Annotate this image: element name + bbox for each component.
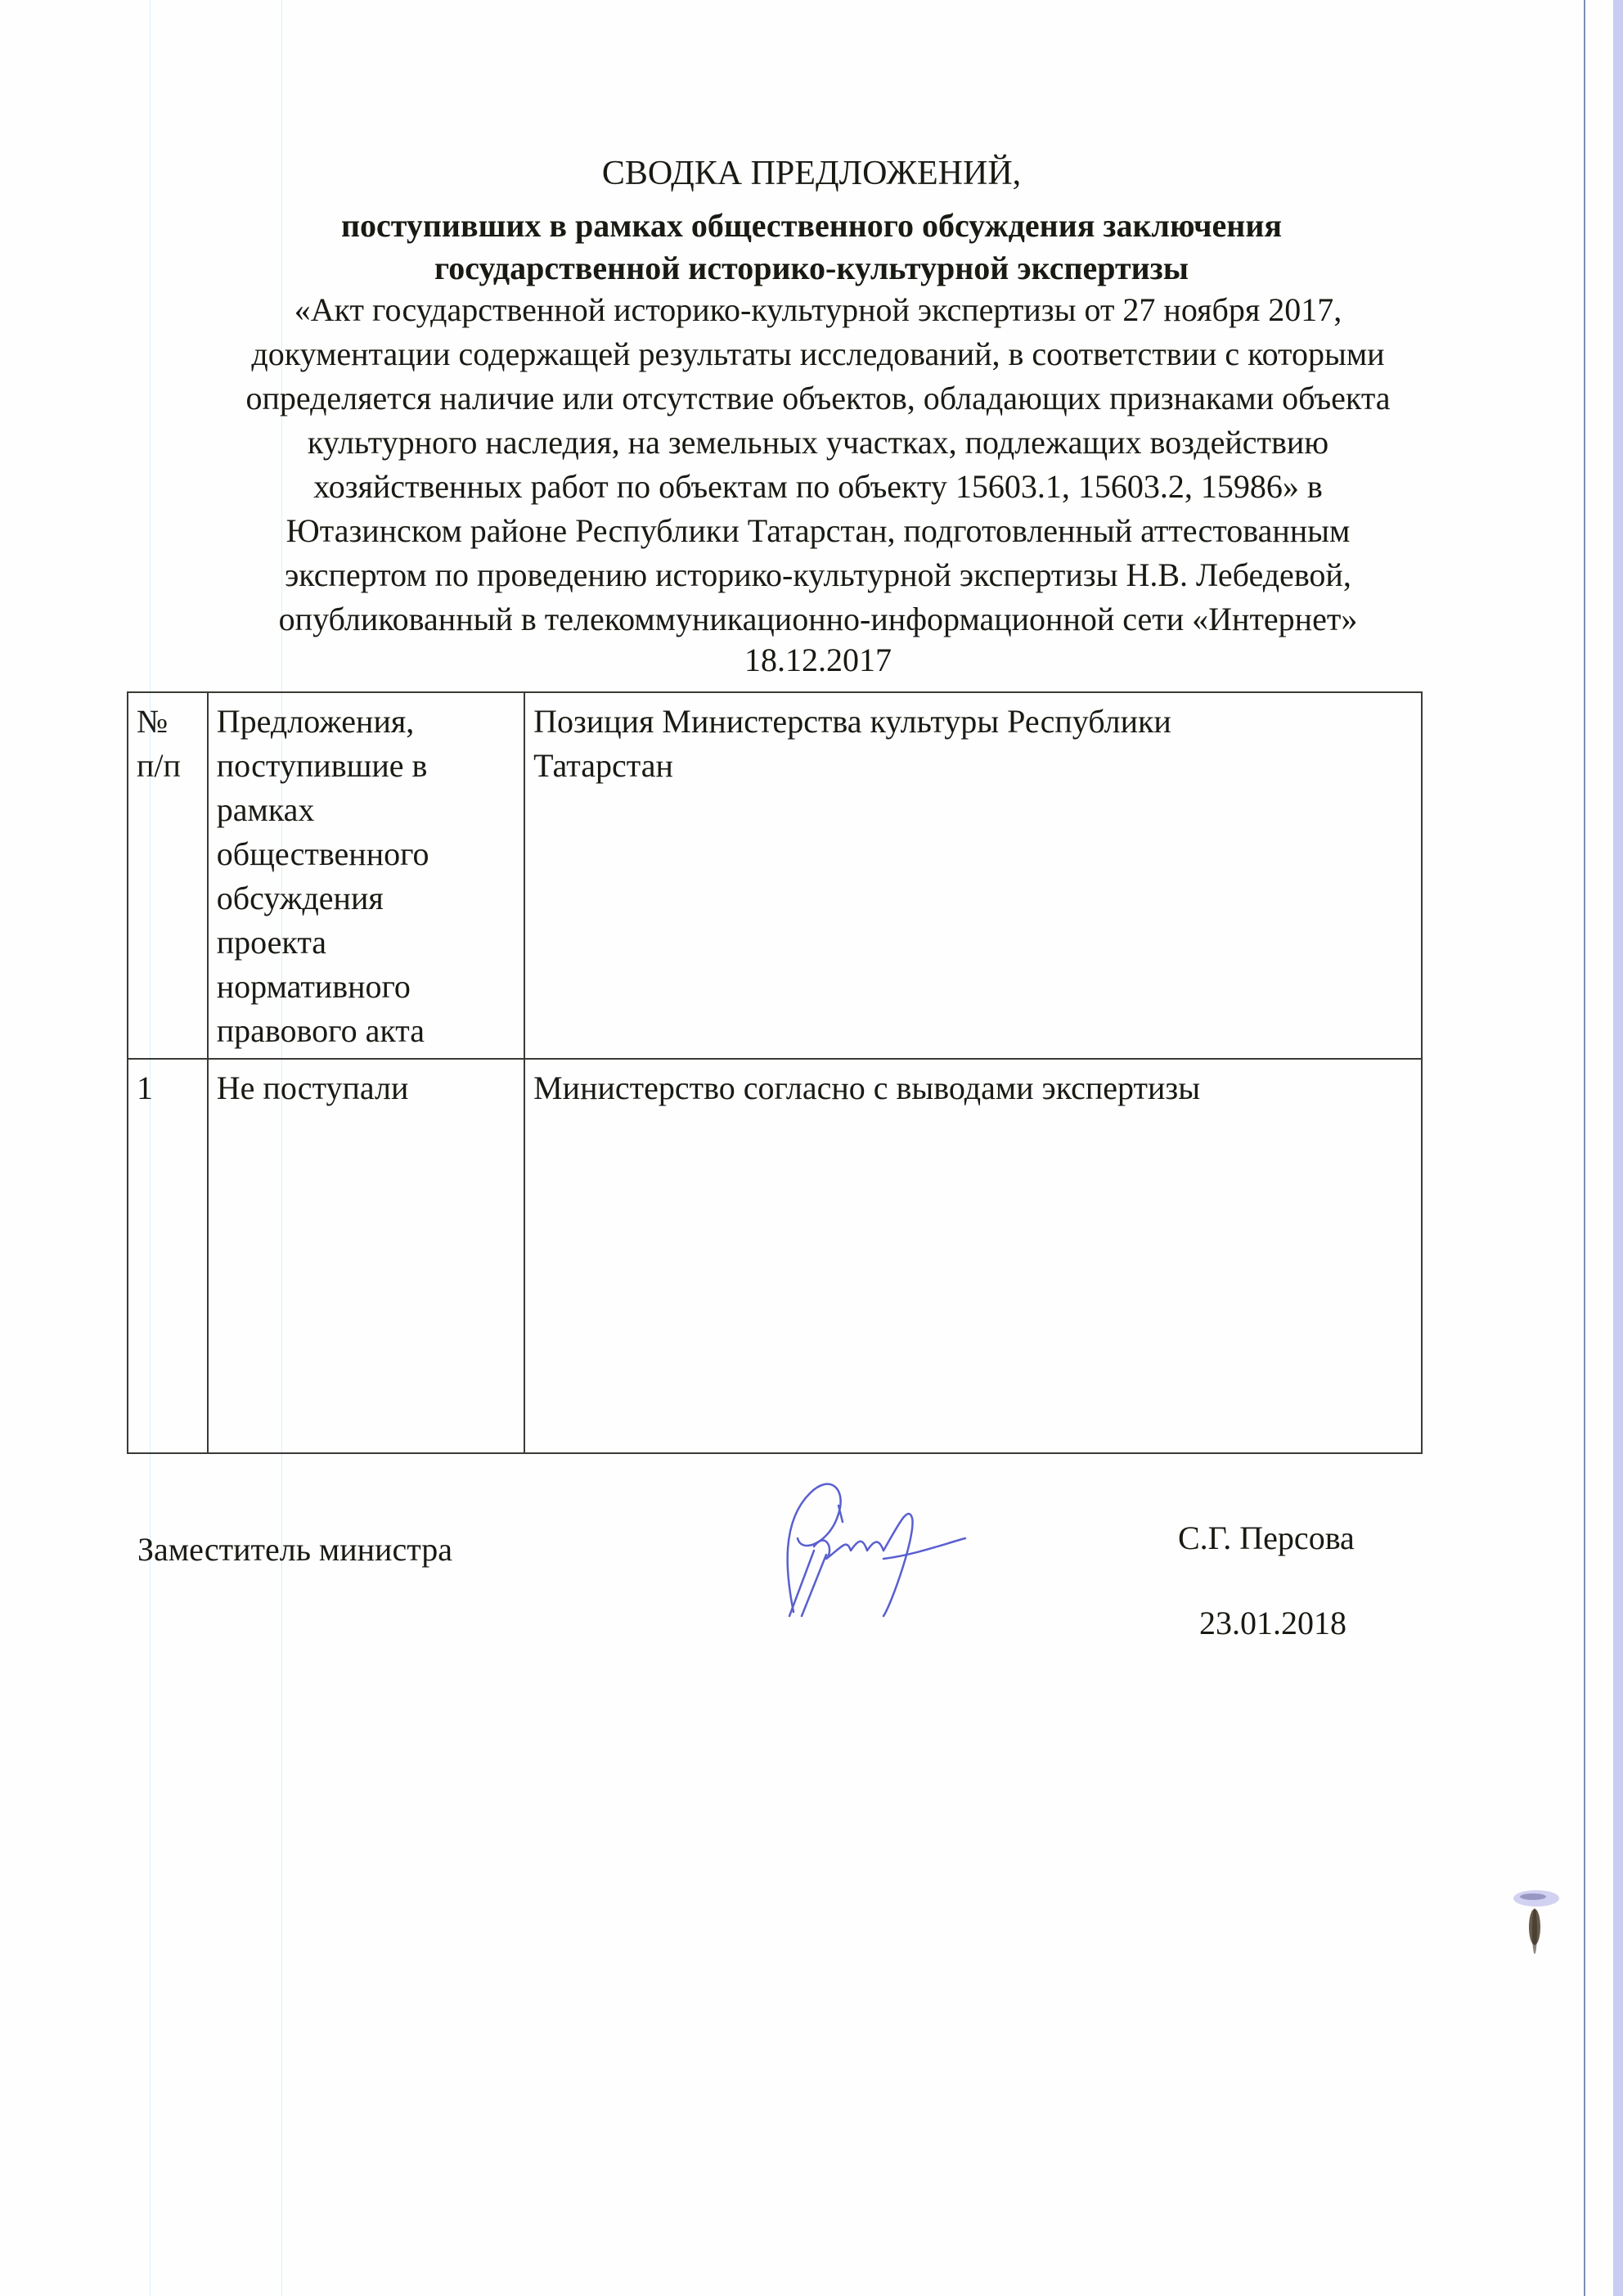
- description-line: хозяйственных работ по объектам по объек…: [147, 465, 1489, 509]
- description-line: документации содержащей результаты иссле…: [147, 332, 1489, 376]
- table-row: 1 Не поступали Министерство согласно с в…: [128, 1059, 1422, 1453]
- header-proposals: Предложения, поступившие в рамках общест…: [208, 692, 524, 1059]
- document-title: СВОДКА ПРЕДЛОЖЕНИЙ,: [0, 152, 1623, 195]
- handwritten-signature-icon: [769, 1473, 1039, 1628]
- header-number: № п/п: [128, 692, 208, 1059]
- signature-date: 23.01.2018: [1199, 1604, 1347, 1642]
- row-position: Министерство согласно с выводами эксперт…: [524, 1059, 1422, 1453]
- subtitle-line: государственной историко-культурной эксп…: [0, 247, 1623, 290]
- signatory-name: С.Г. Персова: [1178, 1519, 1355, 1557]
- scan-edge-line: [1584, 0, 1585, 2296]
- proposals-table: № п/п Предложения, поступившие в рамках …: [127, 691, 1423, 1454]
- description-line: культурного наследия, на земельных участ…: [147, 421, 1489, 465]
- scan-ink-spot-icon: [1504, 1882, 1569, 1972]
- document-description: «Акт государственной историко-культурной…: [147, 288, 1489, 679]
- description-line: определяется наличие или отсутствие объе…: [147, 376, 1489, 421]
- table-header-row: № п/п Предложения, поступившие в рамках …: [128, 692, 1422, 1059]
- description-line: опубликованный в телекоммуникационно-инф…: [147, 597, 1489, 642]
- row-number: 1: [128, 1059, 208, 1453]
- description-line: Ютазинском районе Республики Татарстан, …: [147, 509, 1489, 553]
- scan-edge-strip: [1613, 0, 1623, 2296]
- document-subtitle: поступивших в рамках общественного обсуж…: [0, 205, 1623, 290]
- row-proposals: Не поступали: [208, 1059, 524, 1453]
- publication-date: 18.12.2017: [147, 642, 1489, 679]
- subtitle-line: поступивших в рамках общественного обсуж…: [0, 205, 1623, 247]
- description-line: экспертом по проведению историко-культур…: [147, 553, 1489, 597]
- header-position: Позиция Министерства культуры Республики…: [524, 692, 1422, 1059]
- signatory-role: Заместитель министра: [137, 1530, 452, 1569]
- description-line: «Акт государственной историко-культурной…: [147, 288, 1489, 332]
